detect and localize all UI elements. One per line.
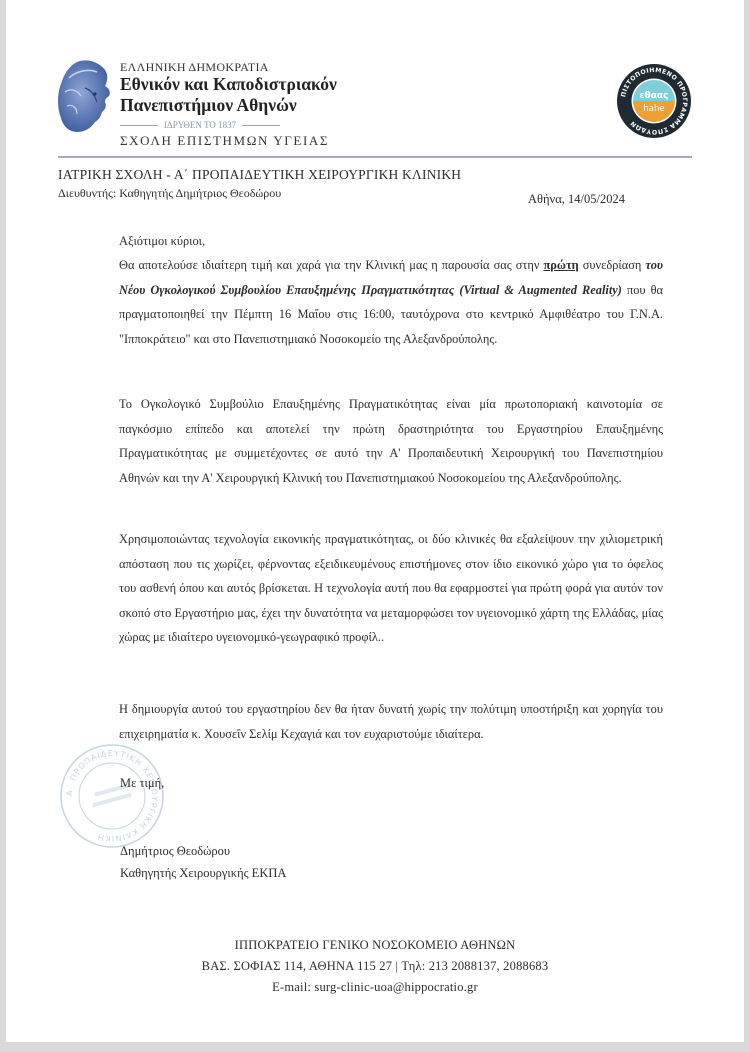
- athena-head-logo-icon: [55, 58, 115, 136]
- paragraph-about-council: Το Ογκολογικό Συμβούλιο Επαυξημένης Πραγ…: [119, 392, 663, 490]
- founded-text: ΙΔΡΥΘΕΝ ΤΟ 1837: [164, 120, 236, 130]
- footer-address: ΒΑΣ. ΣΟΦΙΑΣ 114, ΑΘΗΝΑ 115 27 | Τηλ: 213…: [0, 956, 750, 977]
- university-name-line2: Πανεπιστήμιον Αθηνών: [120, 95, 297, 116]
- signature-block: Δημήτριος Θεοδώρου Καθηγητής Χειρουργική…: [120, 840, 664, 884]
- divider: [242, 125, 280, 126]
- footer-email: E-mail: surg-clinic-uoa@hippocratio.gr: [0, 977, 750, 998]
- greeting: Αξιότιμοι κύριοι,: [119, 229, 663, 254]
- university-name-line1: Εθνικόν και Καποδιστριακόν: [120, 74, 337, 95]
- divider: [120, 125, 158, 126]
- director-line: Διευθυντής: Καθηγητής Δημήτριος Θεοδώρου: [58, 186, 281, 201]
- republic-label: ΕΛΛΗΝΙΚΗ ΔΗΜΟΚΡΑΤΙΑ: [120, 60, 269, 75]
- accredited-program-badge-icon: εθαας hahe ΠΙΣΤΟΠΟΙΗΜΕΝΟ ΠΡΟΓΡΑΜΜΑ ΣΠΟΥΔ…: [616, 63, 692, 139]
- footer-hospital: ΙΠΠΟΚΡΑΤΕΙΟ ΓΕΝΙΚΟ ΝΟΣΟΚΟΜΕΙΟ ΑΘΗΝΩΝ: [0, 935, 750, 956]
- header-divider: [58, 156, 692, 158]
- paragraph-technology: Χρησιμοποιώντας τεχνολογία εικονικής πρα…: [119, 527, 663, 650]
- school-label: ΣΧΟΛΗ ΕΠΙΣΤΗΜΩΝ ΥΓΕΙΑΣ: [120, 133, 329, 149]
- p1-text-a: Θα αποτελούσε ιδιαίτερη τιμή και χαρά γι…: [119, 258, 543, 272]
- clinic-stamp-icon: Α΄ ΠΡΟΠΑΙΔΕΥΤΙΚΗ ΧΕΙΡΟΥΡΓΙΚΗ ΚΛΙΝΙΚΗ: [58, 742, 166, 850]
- clinic-name: ΙΑΤΡΙΚΗ ΣΧΟΛΗ - Α΄ ΠΡΟΠΑΙΔΕΥΤΙΚΗ ΧΕΙΡΟΥΡ…: [58, 167, 461, 183]
- signer-title: Καθηγητής Χειρουργικής ΕΚΠΑ: [120, 862, 664, 884]
- paragraph-invitation: Θα αποτελούσε ιδιαίτερη τιμή και χαρά γι…: [119, 253, 663, 351]
- founded-label: ΙΔΡΥΘΕΝ ΤΟ 1837: [120, 120, 280, 130]
- p1-emphasis-first: πρώτη: [543, 258, 578, 272]
- badge-bottom-label: hahe: [643, 104, 664, 114]
- letter-date: Αθήνα, 14/05/2024: [528, 192, 625, 207]
- p1-text-b: συνεδρίαση: [579, 258, 646, 272]
- badge-top-label: εθαας: [640, 91, 669, 101]
- signer-name: Δημήτριος Θεοδώρου: [120, 840, 664, 862]
- sign-off: Με τιμή,: [120, 771, 664, 796]
- footer: ΙΠΠΟΚΡΑΤΕΙΟ ΓΕΝΙΚΟ ΝΟΣΟΚΟΜΕΙΟ ΑΘΗΝΩΝ ΒΑΣ…: [0, 935, 750, 998]
- paragraph-sponsor: Η δημιουργία αυτού του εργαστηρίου δεν θ…: [119, 697, 663, 746]
